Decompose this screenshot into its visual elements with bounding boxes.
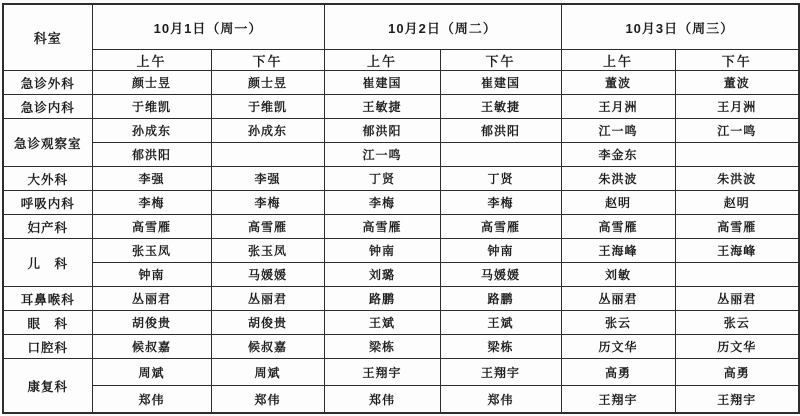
department-cell: 眼 科 xyxy=(3,311,92,335)
schedule-cell: 高雪雁 xyxy=(675,215,799,239)
schedule-cell: 郑伟 xyxy=(92,386,211,414)
department-cell: 儿 科 xyxy=(3,239,92,287)
schedule-cell: 王翔宇 xyxy=(561,386,675,414)
schedule-cell: 朱洪波 xyxy=(675,167,799,191)
schedule-cell: 李梅 xyxy=(92,191,211,215)
schedule-cell: 钟南 xyxy=(324,239,440,263)
schedule-cell: 路鹏 xyxy=(324,287,440,311)
schedule-cell-empty xyxy=(675,143,799,167)
department-cell: 口腔科 xyxy=(3,335,92,359)
schedule-body: 急诊外科颜士昱颜士昱崔建国崔建国董波董波急诊内科于维凯于维凯王敏捷王敏捷王月洲王… xyxy=(3,71,799,414)
department-cell: 妇产科 xyxy=(3,215,92,239)
schedule-cell-empty xyxy=(211,143,324,167)
schedule-cell: 高勇 xyxy=(561,359,675,386)
department-cell: 康复科 xyxy=(3,359,92,414)
time-header-oct3-pm: 下午 xyxy=(675,50,799,71)
schedule-cell: 李梅 xyxy=(324,191,440,215)
schedule-cell: 候叔嘉 xyxy=(92,335,211,359)
time-header-oct2-pm: 下午 xyxy=(440,50,561,71)
time-header-oct1-pm: 下午 xyxy=(211,50,324,71)
schedule-cell: 高雪雁 xyxy=(440,215,561,239)
schedule-cell: 丁贤 xyxy=(440,167,561,191)
table-row: 急诊观察室孙成东孙成东郁洪阳郁洪阳江一鸣江一鸣 xyxy=(3,119,799,143)
table-row: 急诊内科于维凯于维凯王敏捷王敏捷王月洲王月洲 xyxy=(3,95,799,119)
schedule-cell: 王斌 xyxy=(324,311,440,335)
department-cell: 耳鼻喉科 xyxy=(3,287,92,311)
schedule-cell: 江一鸣 xyxy=(324,143,440,167)
schedule-cell: 王海峰 xyxy=(561,239,675,263)
schedule-cell: 王翔宇 xyxy=(324,359,440,386)
schedule-cell: 历文华 xyxy=(675,335,799,359)
schedule-cell: 郑伟 xyxy=(211,386,324,414)
schedule-cell: 孙成东 xyxy=(211,119,324,143)
table-row: 急诊外科颜士昱颜士昱崔建国崔建国董波董波 xyxy=(3,71,799,95)
schedule-cell: 钟南 xyxy=(440,239,561,263)
time-header-oct2-am: 上午 xyxy=(324,50,440,71)
schedule-cell: 郁洪阳 xyxy=(92,143,211,167)
schedule-cell: 张玉凤 xyxy=(211,239,324,263)
table-row: 大外科李强李强丁贤丁贤朱洪波朱洪波 xyxy=(3,167,799,191)
schedule-cell: 张玉凤 xyxy=(92,239,211,263)
schedule-cell: 颜士昱 xyxy=(211,71,324,95)
schedule-cell: 江一鸣 xyxy=(675,119,799,143)
schedule-cell: 历文华 xyxy=(561,335,675,359)
schedule-cell: 郁洪阳 xyxy=(440,119,561,143)
day-header-oct3: 10月3日（周三） xyxy=(561,4,799,50)
schedule-cell: 刘璐 xyxy=(324,263,440,287)
schedule-cell: 李梅 xyxy=(440,191,561,215)
schedule-cell: 丛丽君 xyxy=(675,287,799,311)
schedule-cell-empty xyxy=(675,263,799,287)
schedule-cell: 于维凯 xyxy=(92,95,211,119)
department-cell: 大外科 xyxy=(3,167,92,191)
schedule-cell: 李梅 xyxy=(211,191,324,215)
corner-label-department: 科室 xyxy=(3,4,92,71)
schedule-cell: 丁贤 xyxy=(324,167,440,191)
schedule-cell: 王斌 xyxy=(440,311,561,335)
schedule-cell: 于维凯 xyxy=(211,95,324,119)
schedule-cell: 王海峰 xyxy=(675,239,799,263)
table-row: 郑伟郑伟郑伟郑伟王翔宇王翔宇 xyxy=(3,386,799,414)
schedule-cell: 刘敏 xyxy=(561,263,675,287)
time-header-oct3-am: 上午 xyxy=(561,50,675,71)
duty-schedule-table: 科室 10月1日（周一） 10月2日（周二） 10月3日（周三） 上午 下午 上… xyxy=(2,3,800,414)
schedule-cell: 朱洪波 xyxy=(561,167,675,191)
schedule-cell: 梁栋 xyxy=(440,335,561,359)
table-row: 妇产科高雪雁高雪雁高雪雁高雪雁高雪雁高雪雁 xyxy=(3,215,799,239)
schedule-cell: 赵明 xyxy=(675,191,799,215)
schedule-cell: 董波 xyxy=(675,71,799,95)
schedule-cell: 董波 xyxy=(561,71,675,95)
schedule-cell: 李金东 xyxy=(561,143,675,167)
schedule-cell: 孙成东 xyxy=(92,119,211,143)
schedule-cell: 李强 xyxy=(92,167,211,191)
schedule-cell: 颜士昱 xyxy=(92,71,211,95)
day-header-row: 科室 10月1日（周一） 10月2日（周二） 10月3日（周三） xyxy=(3,4,799,50)
schedule-cell: 高雪雁 xyxy=(561,215,675,239)
schedule-cell: 周斌 xyxy=(211,359,324,386)
time-header-oct1-am: 上午 xyxy=(92,50,211,71)
schedule-cell: 王敏捷 xyxy=(440,95,561,119)
schedule-cell: 郑伟 xyxy=(440,386,561,414)
schedule-cell: 王翔宇 xyxy=(440,359,561,386)
table-row: 康复科周斌周斌王翔宇王翔宇高勇高勇 xyxy=(3,359,799,386)
department-cell: 急诊观察室 xyxy=(3,119,92,167)
schedule-cell: 胡俊贵 xyxy=(92,311,211,335)
table-row: 钟南马媛媛刘璐马媛媛刘敏 xyxy=(3,263,799,287)
schedule-cell: 王翔宇 xyxy=(675,386,799,414)
schedule-cell: 钟南 xyxy=(92,263,211,287)
table-row: 口腔科候叔嘉候叔嘉梁栋梁栋历文华历文华 xyxy=(3,335,799,359)
schedule-cell: 丛丽君 xyxy=(211,287,324,311)
schedule-cell: 高雪雁 xyxy=(324,215,440,239)
schedule-cell: 马媛媛 xyxy=(211,263,324,287)
table-row: 呼吸内科李梅李梅李梅李梅赵明赵明 xyxy=(3,191,799,215)
department-cell: 急诊内科 xyxy=(3,95,92,119)
schedule-cell: 高雪雁 xyxy=(92,215,211,239)
day-header-oct2: 10月2日（周二） xyxy=(324,4,561,50)
schedule-cell: 马媛媛 xyxy=(440,263,561,287)
schedule-cell: 丛丽君 xyxy=(92,287,211,311)
schedule-cell-empty xyxy=(440,143,561,167)
schedule-cell: 崔建国 xyxy=(324,71,440,95)
schedule-cell: 候叔嘉 xyxy=(211,335,324,359)
table-row: 耳鼻喉科丛丽君丛丽君路鹏路鹏丛丽君丛丽君 xyxy=(3,287,799,311)
schedule-cell: 王敏捷 xyxy=(324,95,440,119)
schedule-cell: 崔建国 xyxy=(440,71,561,95)
schedule-cell: 胡俊贵 xyxy=(211,311,324,335)
department-cell: 呼吸内科 xyxy=(3,191,92,215)
schedule-cell: 周斌 xyxy=(92,359,211,386)
scanned-duty-roster-page: 科室 10月1日（周一） 10月2日（周二） 10月3日（周三） 上午 下午 上… xyxy=(0,0,800,416)
schedule-cell: 郑伟 xyxy=(324,386,440,414)
day-header-oct1: 10月1日（周一） xyxy=(92,4,324,50)
table-row: 眼 科胡俊贵胡俊贵王斌王斌张云张云 xyxy=(3,311,799,335)
schedule-cell: 李强 xyxy=(211,167,324,191)
schedule-cell: 王月洲 xyxy=(675,95,799,119)
schedule-cell: 王月洲 xyxy=(561,95,675,119)
schedule-cell: 江一鸣 xyxy=(561,119,675,143)
schedule-cell: 张云 xyxy=(561,311,675,335)
table-row: 郁洪阳江一鸣李金东 xyxy=(3,143,799,167)
schedule-cell: 梁栋 xyxy=(324,335,440,359)
time-header-row: 上午 下午 上午 下午 上午 下午 xyxy=(3,50,799,71)
schedule-cell: 赵明 xyxy=(561,191,675,215)
schedule-cell: 高勇 xyxy=(675,359,799,386)
schedule-cell: 高雪雁 xyxy=(211,215,324,239)
department-cell: 急诊外科 xyxy=(3,71,92,95)
schedule-cell: 丛丽君 xyxy=(561,287,675,311)
schedule-cell: 路鹏 xyxy=(440,287,561,311)
table-row: 儿 科张玉凤张玉凤钟南钟南王海峰王海峰 xyxy=(3,239,799,263)
schedule-cell: 郁洪阳 xyxy=(324,119,440,143)
schedule-cell: 张云 xyxy=(675,311,799,335)
